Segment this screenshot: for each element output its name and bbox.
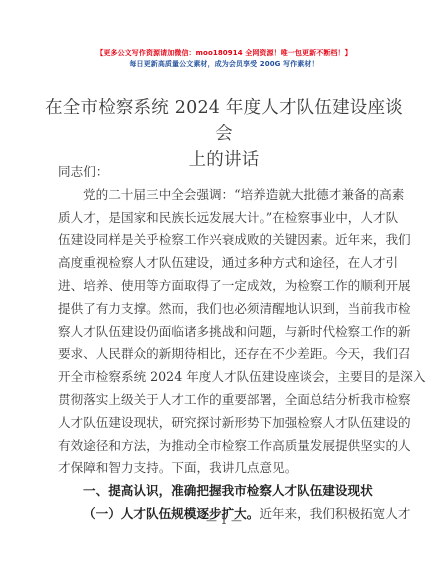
paragraph-line: 高度重视检察人才队伍建设，通过多种方式和途径，在人才引 [58,252,394,275]
paragraph-line: 察人才队伍建设仍面临诸多挑战和问题，与新时代检察工作的新 [58,321,394,344]
paragraph-intro: 党的二十届三中全会强调：“培养造就大批德才兼备的高素 质人才，是国家和民族长远发… [58,184,394,480]
document-title-line-1: 在全市检察系统 2024 年度人才队伍建设座谈会 [40,95,408,147]
paragraph-line: 开全市检察系统 2024 年度人才队伍建设座谈会，主要目的是深入 [58,366,394,389]
paragraph-line: 有效途径和方法，为推动全市检察工作高质量发展提供坚实的人 [58,435,394,458]
paragraph-line: 要求、人民群众的新期待相比，还存在不少差距。今天，我们召 [58,343,394,366]
paragraph-line: 党的二十届三中全会强调：“培养造就大批德才兼备的高素 [58,184,394,207]
paragraph-line: 质人才，是国家和民族长远发展大计。”在检察事业中，人才队 [58,207,394,230]
paragraph-line: 提供了有力支撑。然而，我们也必须清醒地认识到，当前我市检 [58,298,394,321]
document-body: 同志们： 党的二十届三中全会强调：“培养造就大批德才兼备的高素 质人才，是国家和… [58,161,394,526]
paragraph-line: 伍建设同样是关乎检察工作兴衰成败的关键因素。近年来，我们 [58,229,394,252]
paragraph-line: 才保障和智力支持。下面，我讲几点意见。 [58,457,394,480]
paragraph-line: 贯彻落实上级关于人才工作的重要部署，全面总结分析我市检察 [58,389,394,412]
promo-banner-line-1: 【更多公文写作资源请加微信：moo180914 全网资源！唯一包更新不断档！】 [0,48,448,58]
promo-banner-line-2: 每日更新高质量公文素材，成为会员享受 200G 写作素材！ [0,59,448,69]
paragraph-line: 进、培养、使用等方面取得了一定成效，为检察工作的顺利开展 [58,275,394,298]
salutation: 同志们： [58,161,394,184]
paragraph-line: 人才队伍建设现状，研究探讨新形势下加强检察人才队伍建设的 [58,412,394,435]
document-page: 【更多公文写作资源请加微信：moo180914 全网资源！唯一包更新不断档！】 … [0,0,448,580]
page-number: — 1 — [0,514,448,527]
section-heading-1: 一、提高认识，准确把握我市检察人才队伍建设现状 [58,480,394,503]
